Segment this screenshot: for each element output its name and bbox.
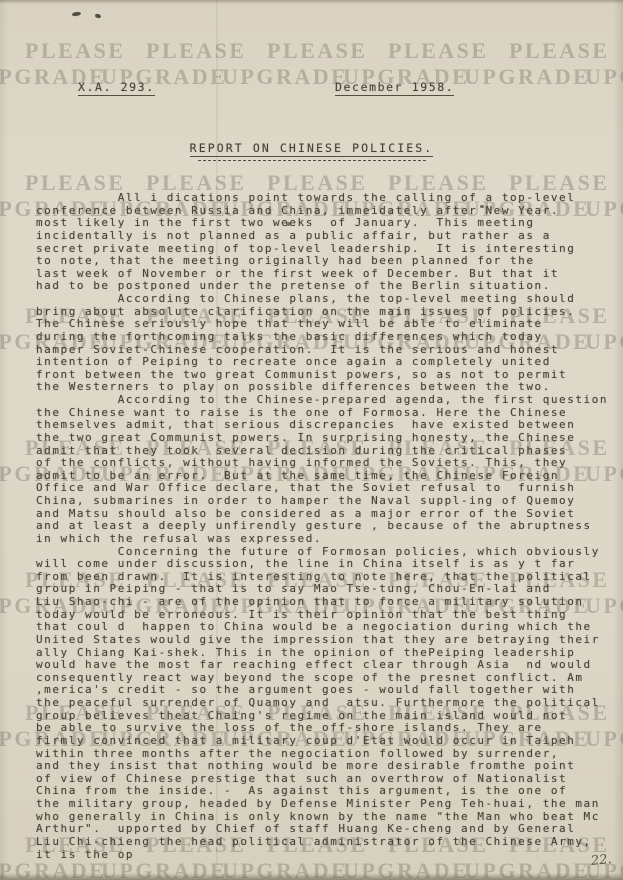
title-block: REPORT ON CHINESE POLICIES.	[0, 137, 623, 161]
page-edge-right	[613, 0, 623, 880]
document-page: PLEASEPLEASEPLEASEPLEASEPLEASEPLEASEUPGR…	[0, 0, 623, 880]
document-date: December 1958.	[335, 80, 454, 96]
page-edge-top	[0, 0, 623, 4]
page-edge-bottom	[0, 873, 623, 880]
watermark-text: PLEASE	[388, 38, 489, 64]
watermark-text: PLEASE	[146, 38, 247, 64]
watermark-text: UPGRADE	[464, 64, 590, 90]
title-underline-dashes	[198, 160, 426, 161]
page-number: 22.	[591, 852, 613, 869]
page-title: REPORT ON CHINESE POLICIES.	[190, 141, 434, 157]
watermark-text: UPGRADE	[222, 64, 348, 90]
watermark-text: PLEASE	[25, 38, 126, 64]
paragraph-2: According to Chinese plans, the top-leve…	[36, 293, 608, 394]
paragraph-3: According to the Chinese-prepared agenda…	[36, 394, 608, 546]
document-reference: X.A. 293.	[78, 80, 155, 96]
document-body: All i dications point towards the callin…	[36, 192, 608, 861]
watermark-text: PLEASE	[267, 38, 368, 64]
paragraph-1: All i dications point towards the callin…	[36, 192, 608, 293]
paragraph-4: Concerning the future of Formosan polici…	[36, 546, 608, 862]
page-edge-left	[0, 0, 8, 880]
watermark-text: PLEASE	[509, 38, 610, 64]
